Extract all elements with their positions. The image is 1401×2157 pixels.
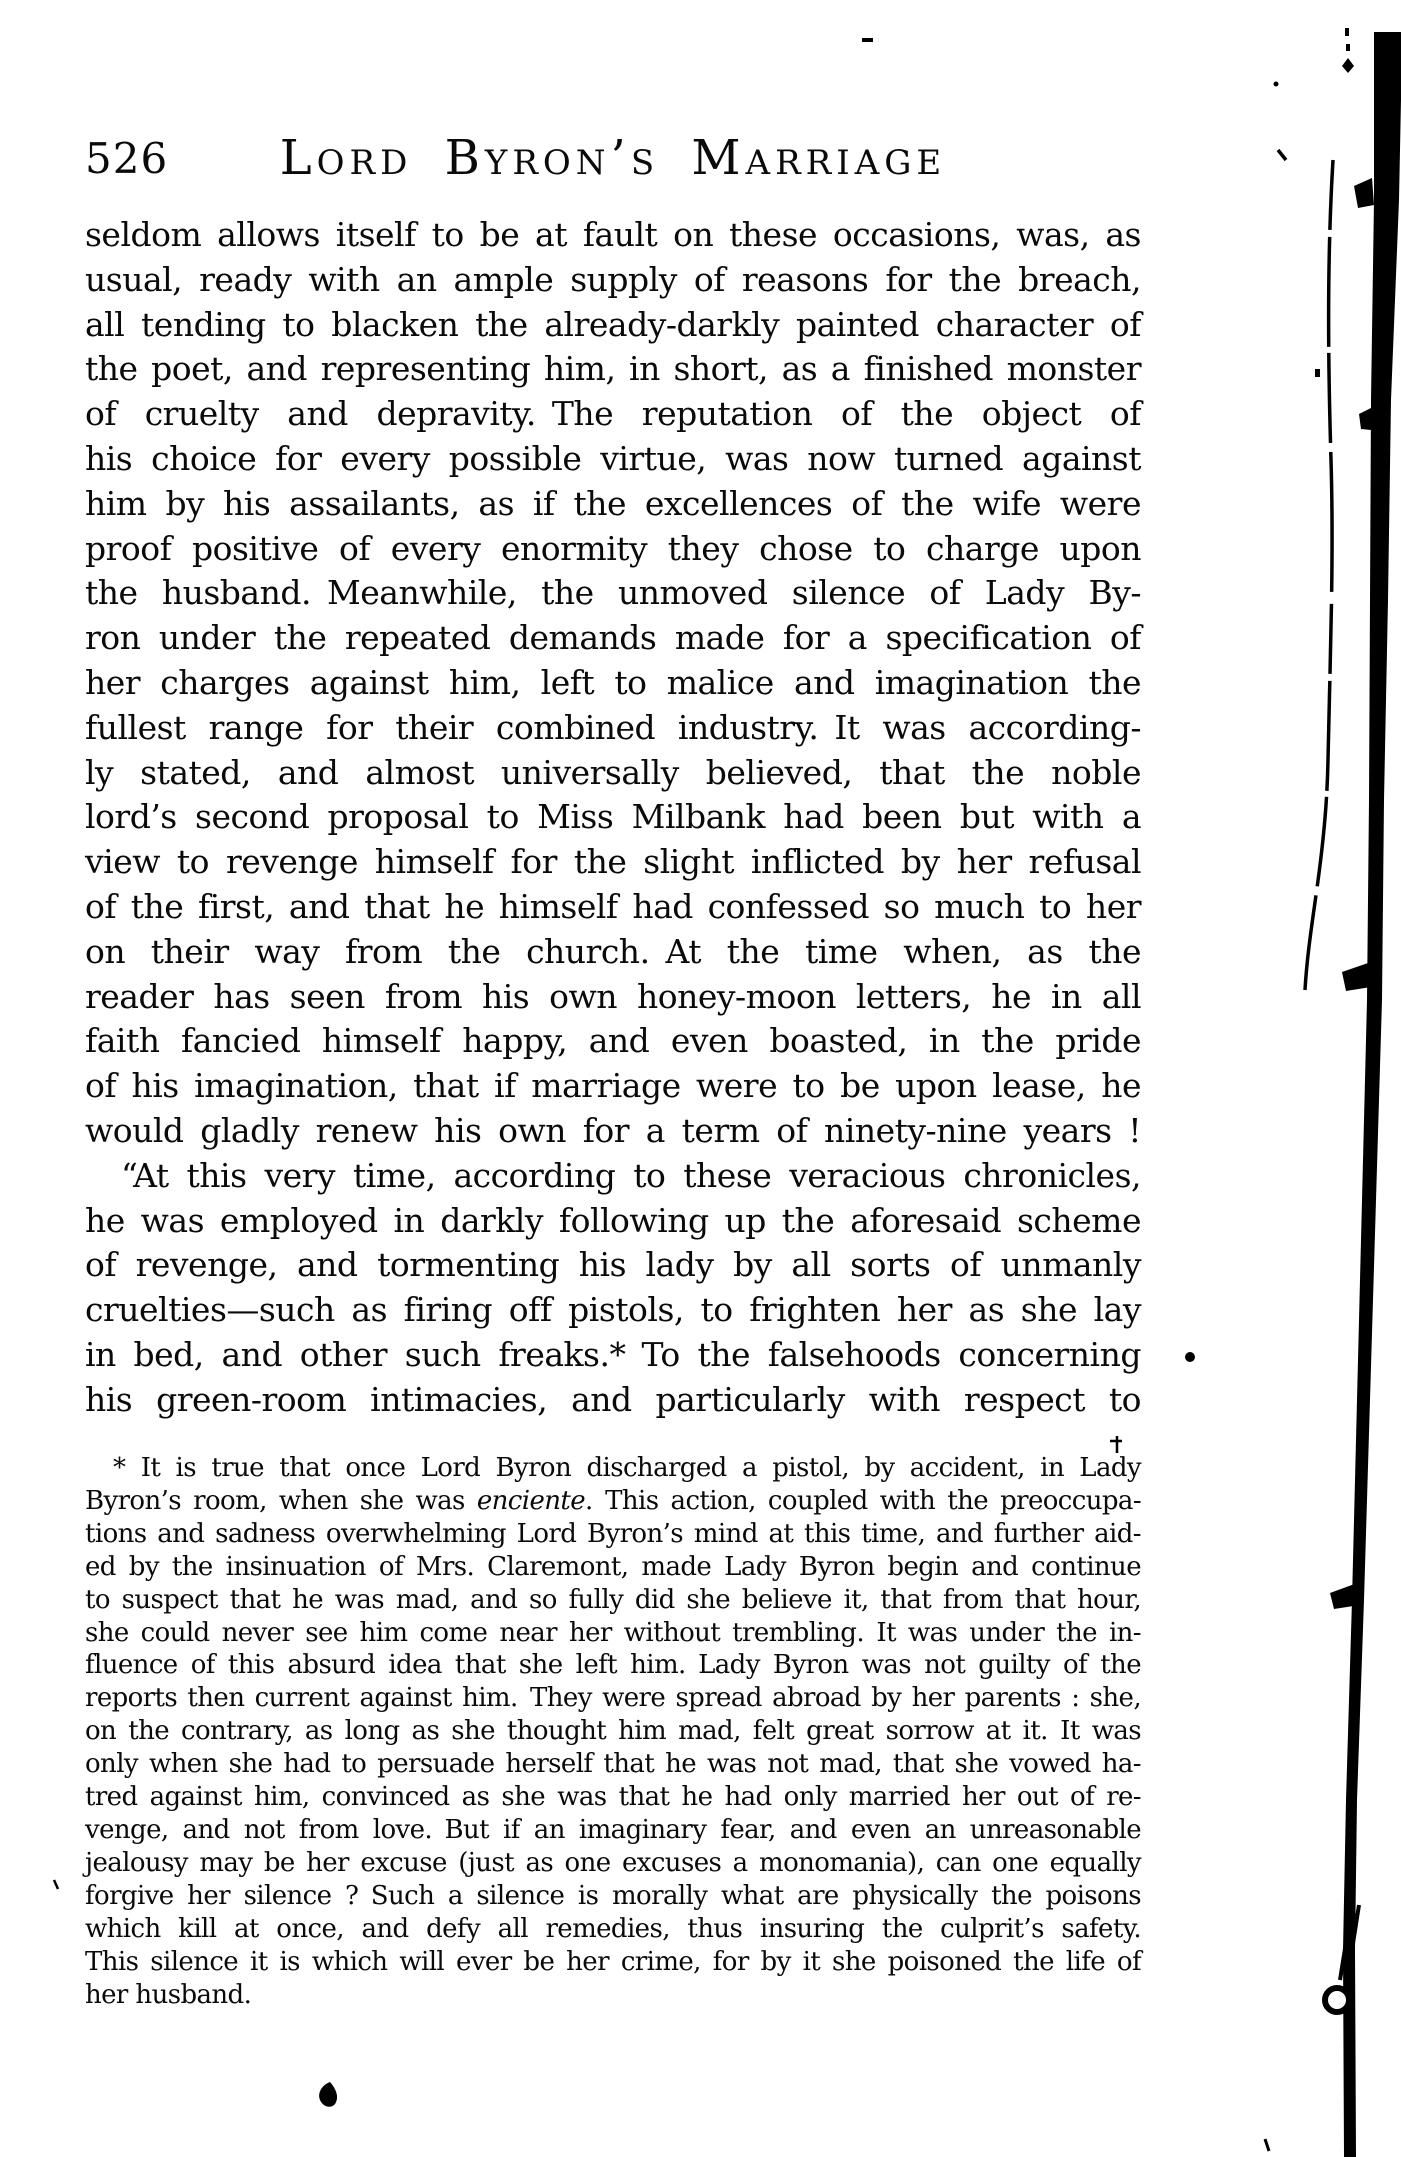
body-text-line: reader has seen from his own honey-moon …	[85, 975, 1141, 1020]
scan-binding-bar	[1343, 32, 1401, 2157]
body-text-line: would gladly renew his own for a term of…	[85, 1109, 1141, 1154]
footnote-text-line: This silence it is which will ever be he…	[85, 1946, 1141, 1979]
body-text-line: ly stated, and almost universally believ…	[85, 751, 1141, 796]
body-text-line: lord’s second proposal to Miss Milbank h…	[85, 795, 1141, 840]
body-text-line: he was employed in darkly following up t…	[85, 1199, 1141, 1244]
page-header: 526 Lord Byron’s Marriage	[85, 130, 1141, 186]
body-text-line: fullest range for their combined industr…	[85, 706, 1141, 751]
scan-speck-bottomslash	[1265, 2139, 1269, 2151]
body-text-line: of revenge, and tormenting his lady by a…	[85, 1243, 1141, 1288]
scan-speck-tmark	[1110, 1436, 1122, 1453]
scan-bar-knot-loop	[1325, 1988, 1349, 2012]
body-text-line: the poet, and representing him, in short…	[85, 347, 1141, 392]
body-text: seldom allows itself to be at fault on t…	[85, 213, 1141, 1423]
scan-crease-line	[1305, 160, 1333, 990]
footnote-text-line: ed by the insinuation of Mrs. Claremont,…	[85, 1551, 1141, 1584]
scan-speck-teardrop	[319, 2082, 337, 2107]
body-text-line: him by his assailants, as if the excelle…	[85, 482, 1141, 527]
body-text-line: proof positive of every enormity they ch…	[85, 527, 1141, 572]
book-page: 526 Lord Byron’s Marriage seldom allows …	[0, 0, 1401, 2157]
footnote-text-line: forgive her silence ? Such a silence is …	[85, 1880, 1141, 1913]
body-text-line: seldom allows itself to be at fault on t…	[85, 213, 1141, 258]
footnote-text-line: to suspect that he was mad, and so fully…	[85, 1584, 1141, 1617]
scan-speck-dot	[1346, 44, 1350, 51]
scan-speck-tick	[1315, 369, 1320, 377]
footnote-text-line: tions and sadness overwhelming Lord Byro…	[85, 1518, 1141, 1551]
footnote-text-line: on the contrary, as long as she thought …	[85, 1715, 1141, 1748]
body-text-line: of the first, and that he himself had co…	[85, 885, 1141, 930]
body-text-line: view to revenge himself for the slight i…	[85, 840, 1141, 885]
footnote-text-line: venge, and not from love. But if an imag…	[85, 1814, 1141, 1847]
footnote-text-line: tred against him, convinced as she was t…	[85, 1781, 1141, 1814]
scan-bar-hook	[1354, 178, 1374, 208]
scan-bar-bulge	[1359, 408, 1371, 430]
body-text-line: his choice for every possible virtue, wa…	[85, 437, 1141, 482]
footnote-text-line: she could never see him come near her wi…	[85, 1617, 1141, 1650]
footnote-text-line: her husband.	[85, 1979, 1141, 2012]
body-text-line: of his imagination, that if marriage wer…	[85, 1064, 1141, 1109]
body-text-line: all tending to blacken the already-darkl…	[85, 303, 1141, 348]
body-text-line: of cruelty and depravity. The reputation…	[85, 392, 1141, 437]
body-text-line: “At this very time, according to these v…	[85, 1154, 1141, 1199]
footnote-text-line: fluence of this absurd idea that she lef…	[85, 1649, 1141, 1682]
body-text-line: on their way from the church. At the tim…	[85, 930, 1141, 975]
footnote-text-line: jealousy may be her excuse (just as one …	[85, 1847, 1141, 1880]
footnote-text-line: only when she had to persuade herself th…	[85, 1748, 1141, 1781]
scan-speck-diamond	[1342, 58, 1354, 73]
scan-speck	[1274, 82, 1279, 87]
scan-speck-dash	[862, 38, 873, 42]
scan-speck-dot	[1345, 28, 1349, 36]
footnote-text-line: * It is true that once Lord Byron discha…	[85, 1452, 1141, 1485]
body-text-line: in bed, and other such freaks.* To the f…	[85, 1333, 1141, 1378]
running-title: Lord Byron’s Marriage	[85, 130, 1141, 186]
body-text-line: his green-room intimacies, and particula…	[85, 1378, 1141, 1423]
scan-speck-slash	[1278, 150, 1286, 160]
scan-speck-bullet	[1185, 1352, 1195, 1362]
footnote-text: * It is true that once Lord Byron discha…	[85, 1452, 1141, 2011]
body-text-line: her charges against him, left to malice …	[85, 661, 1141, 706]
body-text-line: cruelties—such as firing off pistols, to…	[85, 1288, 1141, 1333]
footnote-text-line: reports then current against him. They w…	[85, 1682, 1141, 1715]
footnote-text-line: which kill at once, and defy all remedie…	[85, 1913, 1141, 1946]
body-text-line: ron under the repeated demands made for …	[85, 616, 1141, 661]
body-text-line: the husband. Meanwhile, the unmoved sile…	[85, 571, 1141, 616]
scan-bar-knot-lines	[1340, 1905, 1359, 1982]
footnote-text-line: Byron’s room, when she was enciente. Thi…	[85, 1485, 1141, 1518]
body-text-line: faith fancied himself happy, and even bo…	[85, 1019, 1141, 1064]
body-text-line: usual, ready with an ample supply of rea…	[85, 258, 1141, 303]
scan-speck-lefttick	[54, 1880, 58, 1889]
scan-bar-wedge-mid	[1342, 962, 1371, 991]
scan-bar-wedge-low	[1330, 1582, 1360, 1609]
